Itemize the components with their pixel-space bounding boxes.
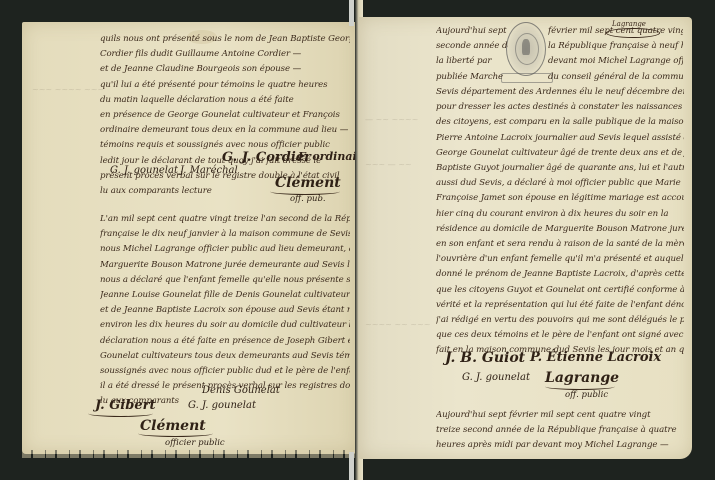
text-line: que ces deux témoins et le père de l'enf… — [436, 328, 684, 343]
text-line: nous Michel Lagrange officier public aud… — [100, 242, 350, 257]
right-entry-4: Aujourd'hui sept février mil sept cent q… — [436, 408, 684, 454]
text-line: qu'il lui a été présenté pour témoins le… — [100, 78, 350, 93]
seal-figure-icon — [522, 39, 530, 55]
text-line: l'ouvrière d'un enfant femelle qu'il m'a… — [436, 252, 684, 267]
signature-gounelat: G. J. gounelat — [462, 372, 530, 383]
right-entry-3-heading-right: février mil sept cent quatre vingt treiz… — [548, 24, 683, 85]
page-edge — [349, 452, 354, 480]
left-entry-2: L'an mil sept cent quatre vingt treize l… — [100, 212, 350, 410]
text-line: Gounelat cultivateurs tous deux demeuran… — [100, 349, 350, 364]
text-line: du matin laquelle déclaration nous a été… — [100, 93, 350, 108]
text-line: et de Jeanne Baptiste Lacroix son épouse… — [100, 303, 350, 318]
official-seal-stamp — [506, 22, 546, 76]
signature-guiot: J. B. Guiot — [445, 350, 525, 366]
text-line: George Gounelat cultivateur âgé de trent… — [436, 146, 684, 161]
officer-title: off. public — [565, 390, 608, 400]
text-line: la liberté par — [436, 54, 508, 69]
signature-gounelat: G. J. gounelat — [110, 165, 178, 176]
signature-gounelat: G. J. gounelat — [188, 400, 256, 411]
bleed-through-text: ~~~ — ~~ — [365, 157, 412, 172]
text-line: hier cinq du courant environ à dix heure… — [436, 207, 684, 222]
seal-banner — [501, 73, 553, 83]
text-line: Aujourd'hui sept février mil sept cent q… — [436, 408, 684, 423]
text-line: résidence au domicile de Marguerite Bous… — [436, 222, 684, 237]
officer-title: officier public — [165, 438, 225, 448]
text-line: que les citoyens Guyot et Gounelat ont c… — [436, 283, 684, 298]
text-line: février mil sept cent quatre vingt treiz… — [548, 24, 683, 39]
text-line: j'ai rédigé en vertu des pouvoirs qui me… — [436, 313, 684, 328]
text-line: pour dresser les actes destinés à consta… — [436, 100, 684, 115]
text-line: vérité et la représentation qui lui été … — [436, 298, 684, 313]
text-line: devant moi Michel Lagrange officier — [548, 54, 683, 69]
text-line: environ les dix heures du soir au domici… — [100, 318, 350, 333]
text-line: heures après midi par devant moy Michel … — [436, 438, 684, 453]
signature-flourish — [88, 410, 153, 417]
signature-denis-gounelat: Denis Gounelat — [202, 385, 280, 396]
text-line: Baptiste Guyot journalier âgé de quarant… — [436, 161, 684, 176]
text-line: ordinaire demeurant tous deux en la comm… — [100, 123, 350, 138]
text-line: Marguerite Bouson Matrone jurée demeuran… — [100, 258, 350, 273]
officer-title: off. pub. — [290, 194, 326, 204]
page-edge — [349, 0, 354, 26]
text-line: treize second année de la République fra… — [436, 423, 684, 438]
text-line: la République française à neuf heures — [548, 39, 683, 54]
text-line: Jeanne Louise Gounelat fille de Denis Go… — [100, 288, 350, 303]
text-line: Pierre Antoine Lacroix journalier aud Se… — [436, 131, 684, 146]
text-line: du conseil général de la commune de — [548, 70, 683, 85]
text-line: aussi dud Sevis, a déclaré à moi officie… — [436, 176, 684, 191]
signature-flourish — [545, 383, 615, 390]
text-line: Cordier fils dudit Guillaume Antoine Cor… — [100, 47, 350, 62]
text-line: française le dix neuf janvier à la maiso… — [100, 227, 350, 242]
text-line: et de Jeanne Claudine Bourgeois son épou… — [100, 62, 350, 77]
bleed-through-text: ~~~~ ~~ ~~~ — [365, 317, 430, 332]
text-line: publiée Marche — [436, 70, 508, 85]
right-entry-3: Sevis département des Ardennes élu le ne… — [436, 85, 684, 359]
signature-lacroix: P. Étienne Lacroix — [530, 350, 661, 365]
text-line: soussignés avec nous officier public dud… — [100, 364, 350, 379]
text-line: donné le prénom de Jeanne Baptiste Lacro… — [436, 267, 684, 282]
text-line: déclaration nous a été faite en présence… — [100, 334, 350, 349]
text-line: Aujourd'hui sept — [436, 24, 508, 39]
text-line: des citoyens, est comparu en la salle pu… — [436, 115, 684, 130]
signature-flourish — [138, 430, 213, 437]
text-line: nous a déclaré que l'enfant femelle qu'e… — [100, 273, 350, 288]
text-line: quils nous ont présenté sous le nom de J… — [100, 32, 350, 47]
signature-marechal: J. Maréchal — [180, 165, 238, 176]
text-line: L'an mil sept cent quatre vingt treize l… — [100, 212, 350, 227]
right-entry-3-heading-left: Aujourd'hui sept seconde année de la lib… — [436, 24, 508, 85]
text-line: Françoise Jamet son épouse en légitime m… — [436, 191, 684, 206]
bleed-through-text: ~~~ ~~~~ ~~~ — [32, 82, 104, 97]
text-line: seconde année de — [436, 39, 508, 54]
text-line: en présence de George Gounelat cultivate… — [100, 108, 350, 123]
bleed-through-text: — ~~ ~~~~ — [365, 112, 418, 127]
text-line: Sevis département des Ardennes élu le ne… — [436, 85, 684, 100]
text-line: en son enfant et sera rendu à raison de … — [436, 237, 684, 252]
